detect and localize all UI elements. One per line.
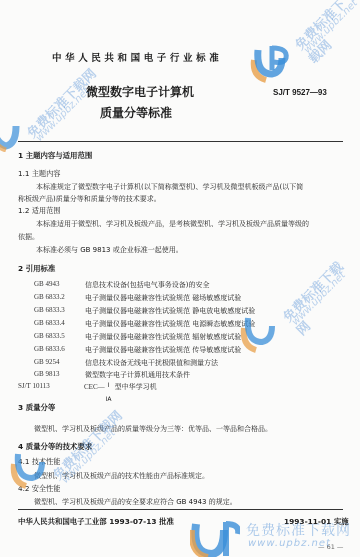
upbz-logo-watermark-icon	[248, 40, 292, 84]
ref-code: GB 9813	[34, 370, 59, 378]
watermark-text: 免费标准下载网	[278, 254, 360, 339]
watermark-text: 免费标准下载网	[290, 0, 360, 67]
ref-code: GB 4943	[34, 280, 59, 288]
document-page: 中华人民共和国电子行业标准 微型数字电子计算机 质量分等标准 SJ/T 9527…	[0, 0, 360, 557]
section-3-text: 微型机、学习机及板级产品的质量等级分为三等：优等品、一等品和合格品。	[34, 424, 272, 434]
upbz-logo-watermark-icon	[10, 448, 50, 492]
ref-title: CEC—IIA型中华学习机	[84, 382, 157, 392]
section-1-1-heading: 1.1 主题内容	[18, 169, 60, 179]
section-1-1-text-line2: 称板级产品)质量分等和质量分等的技术要求。	[18, 194, 161, 204]
watermark-url: www.upbz.net	[290, 270, 348, 328]
ref-title-suffix: 型中华学习机	[115, 383, 157, 391]
document-title-line2: 质量分等标准	[100, 104, 172, 121]
ref-code: GB 9254	[34, 358, 59, 366]
document-title-line1: 微型数字电子计算机	[86, 83, 194, 100]
section-1-1-text-line1: 本标准规定了微型数字电子计算机(以下简称微型机)、学习机及微型机板级产品(以下简	[36, 182, 303, 192]
issuing-organization: 中华人民共和国电子行业标准	[52, 50, 222, 64]
section-4-1-text: 微型机、学习机及板级产品的技术性能由产品标准规定。	[34, 471, 209, 481]
watermark-url-large: www.upbz.net	[248, 538, 331, 549]
section-2-heading: 2 引用标准	[18, 263, 55, 274]
section-1-2-text-line2: 依据。	[18, 232, 39, 242]
ref-title-prefix: CEC—	[84, 383, 105, 391]
ref-title: 信息技术设备无线电干扰极限值和测量方法	[85, 358, 218, 368]
ref-code: GB 6833.6	[34, 345, 65, 353]
watermark-url: www.upbz.net	[302, 0, 360, 56]
section-1-2-heading: 1.2 适用范围	[18, 206, 60, 216]
footer-divider	[18, 509, 343, 510]
approval-text: 中华人民共和国电子工业部 1993-07-13 批准	[18, 516, 174, 527]
upbz-logo-watermark-icon	[240, 310, 280, 354]
upbz-logo-watermark-icon	[190, 520, 240, 557]
ref-title: 电子测量仪器电磁兼容性试验规范 辐射敏感度试验	[85, 332, 241, 342]
ref-title: 电子测量仪器电磁兼容性试验规范 传导敏感度试验	[85, 345, 241, 355]
ref-title: 微型数字电子计算机通用技术条件	[85, 370, 190, 380]
section-1-2-text-line1: 本标准适用于微型机、学习机及板级产品，是考核微型机、学习机及板级产品质量等级的	[36, 219, 309, 229]
watermark-text: 免费标准下载网	[22, 64, 100, 142]
ref-code: SJ/T 10113	[18, 382, 50, 390]
section-1-2-text-line3: 本标准必须与 GB 9813 或企业标准一起使用。	[36, 245, 183, 255]
ref-title: 电子测量仪器电磁兼容性试验规范 静电放电敏感度试验	[85, 306, 255, 316]
watermark-text-large: 免费标准下载网	[246, 520, 351, 540]
watermark-url: www.upbz.net	[34, 86, 92, 144]
standard-code: SJ/T 9527—93	[273, 88, 327, 97]
ref-code: GB 6833.4	[34, 319, 65, 327]
upbz-logo-watermark-icon	[0, 112, 22, 152]
ref-title: 信息技术设备(包括电气事务设备)的安全	[85, 280, 209, 290]
fraction-numerator: I	[108, 382, 110, 389]
fraction-denominator: IA	[106, 396, 112, 403]
ref-code: GB 6833.2	[34, 293, 65, 301]
ref-code: GB 6833.5	[34, 332, 65, 340]
ref-title: 电子测量仪器电磁兼容性试验规范 电源瞬态敏感度试验	[85, 319, 255, 329]
header-divider	[18, 141, 343, 142]
section-4-2-text: 微型机、学习机及板级产品的安全要求应符合 GB 4943 的规定。	[34, 497, 237, 507]
section-3-heading: 3 质量分等	[18, 402, 55, 413]
ref-title: 电子测量仪器电磁兼容性试验规范 磁场敏感度试验	[85, 293, 241, 303]
section-1-heading: 1 主题内容与适用范围	[18, 150, 92, 161]
ref-code: GB 6833.3	[34, 306, 65, 314]
